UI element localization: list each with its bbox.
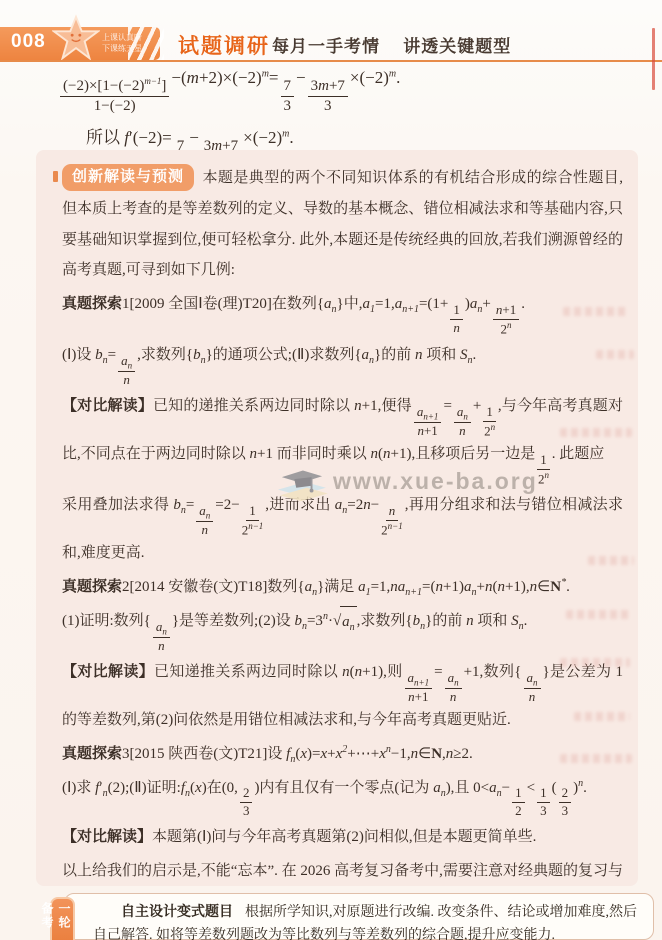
problem-explore-1: 真题探索1[2009 全国Ⅰ卷(理)T20]在数列{an}中,a1=1,an+1… [62,289,623,337]
mascot-slogan-line1: 上课认真听 [102,33,142,44]
watermark: www.xue-ba.org [272,458,538,504]
header-tagline: 每月一手考情 讲透关键题型 [272,32,511,57]
problem-explore-1-questions: (Ⅰ)设 bn=ann,求数列{bn}的通项公式;(Ⅱ)求数列{an}的前 n … [62,340,623,388]
bleed-artifact [560,754,632,763]
problem-explore-3: 真题探索3[2015 陕西卷(文)T21]设 fn(x)=x+x2+⋯+xn−1… [62,739,623,770]
section-label: 创新解读与预测 [62,164,194,191]
tagline-part-1: 每月一手考情 [272,37,380,56]
problem-explore-2-questions: (1)证明:数列{ann}是等差数列;(2)设 bn=3n·√an,求数列{bn… [62,606,623,654]
graduation-cap-books-icon [272,458,330,504]
star-mascot-icon [52,13,100,65]
label-notch-icon [53,171,58,182]
compare-note-2: 【对比解读】已知递推关系两边同时除以 n(n+1),则an+1n+1=ann+1… [62,657,623,736]
variant-design-text: 自主设计变式题目根据所学知识,对原题进行改编. 改变条件、结论或增加难度,然后自… [93,901,637,940]
bleed-artifact [560,428,632,437]
solution-math-line-1: (−2)×[1−(−2)m−1]1−(−2)−(m+2)×(−2)m=73−3m… [58,68,628,115]
compare-note-3: 【对比解读】本题第(Ⅰ)问与今年高考真题第(2)问相似,但是本题更简单些. [62,822,623,853]
bleed-artifact [596,350,634,359]
brand-logo-text: 试题调研 [178,30,270,60]
bleed-artifact [563,307,629,316]
round-one-review-tab: 一轮备考 [50,897,75,940]
mascot-slogan: 上课认真听 下课练天星 [102,33,142,55]
variant-design-box: 自主设计变式题目根据所学知识,对原题进行改编. 改变条件、结论或增加难度,然后自… [64,893,654,940]
watermark-text: www.xue-ba.org [333,468,538,495]
closing-advice: 以上给我们的启示是,不能“忘本”. 在 2026 高考复习备考中,需要注意对经典… [62,856,623,886]
mascot-slogan-line2: 下课练天星 [102,44,142,55]
tagline-part-2: 讲透关键题型 [403,37,511,56]
problem-explore-2: 真题探索2[2014 安徽卷(文)T18]数列{an}满足 a1=1,nan+1… [62,572,623,603]
analysis-panel: 创新解读与预测 本题是典型的两个不同知识体系的有机结合形成的综合性题目,但本质上… [36,150,638,886]
bleed-artifact [560,658,630,667]
section-label-text: 创新解读与预测 [72,169,184,185]
problem-explore-3-questions: (Ⅰ)求 f′n(2);(Ⅱ)证明:fn(x)在(0,23)内有且仅有一个零点(… [62,773,623,820]
page-number: 008 [11,31,46,53]
bleed-artifact [566,610,630,619]
bleed-artifact [588,556,634,565]
page-edge-mark [652,28,655,90]
header-divider [0,60,662,62]
scanned-textbook-page: 008 上课认真听 下课练天星 试题调研 每月一手考情 讲透关键题型 (−2)×… [0,0,662,940]
variant-box-title: 自主设计变式题目 [121,905,233,920]
bleed-artifact [574,712,630,721]
intro-paragraph: 创新解读与预测 本题是典型的两个不同知识体系的有机结合形成的综合性题目,但本质上… [62,163,623,286]
